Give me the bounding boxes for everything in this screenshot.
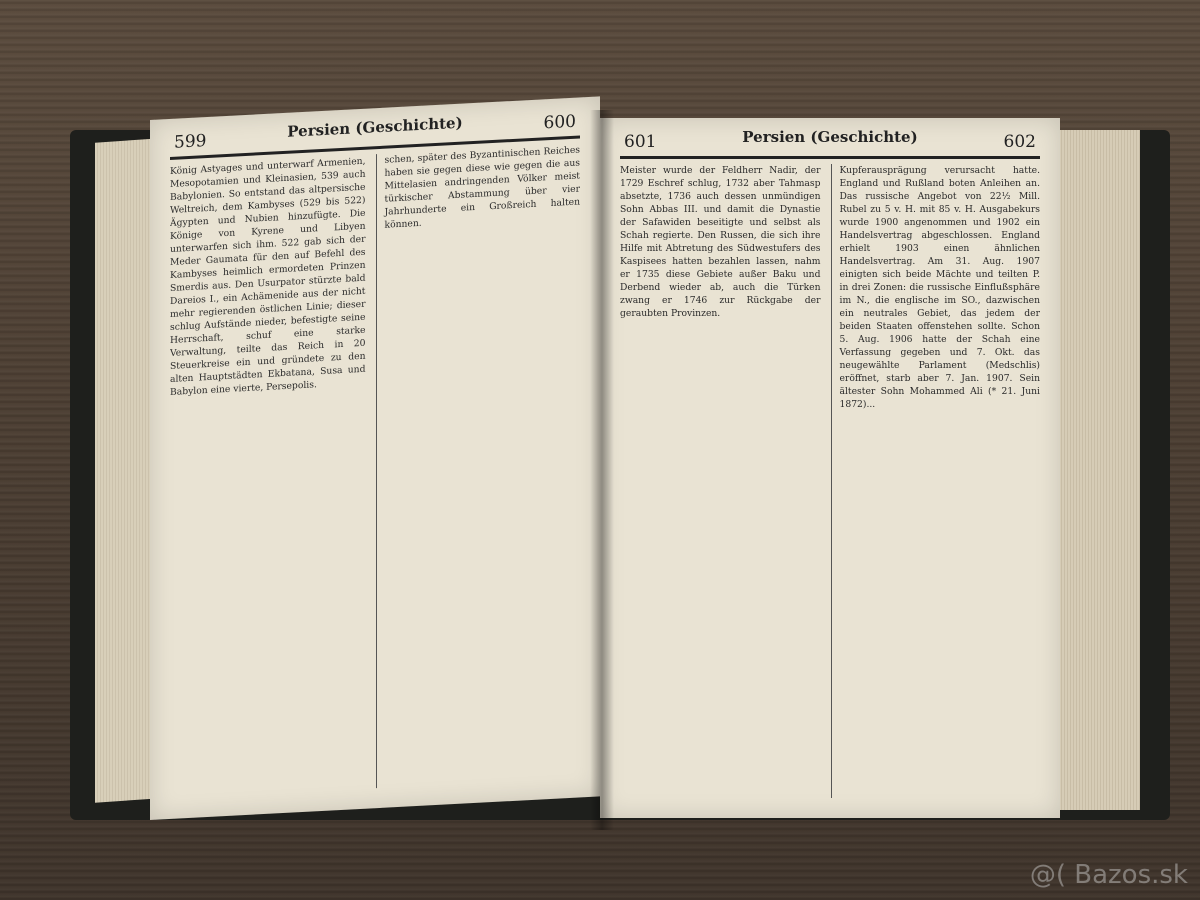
left-page: 599 Persien (Geschichte) 600 König Astya… bbox=[150, 96, 600, 820]
right-page: 601 Persien (Geschichte) 602 Meister wur… bbox=[600, 118, 1060, 818]
page-number: 600 bbox=[544, 112, 576, 134]
page-number: 602 bbox=[1004, 132, 1036, 152]
text-column: Kupferausprägung verursacht hatte. Engla… bbox=[831, 164, 1041, 798]
text-columns: König Astyages und unterwarf Armenien, M… bbox=[170, 143, 580, 798]
text-column: König Astyages und unterwarf Armenien, M… bbox=[170, 155, 366, 799]
page-header: 601 Persien (Geschichte) 602 bbox=[620, 128, 1040, 159]
running-title: Persien (Geschichte) bbox=[620, 128, 1040, 146]
text-column: schen, später des Byzantinischen Reiches… bbox=[376, 143, 581, 788]
text-column: Meister wurde der Feldherr Nadir, der 17… bbox=[620, 164, 821, 798]
watermark: @( Bazos.sk bbox=[1030, 860, 1188, 890]
text-columns: Meister wurde der Feldherr Nadir, der 17… bbox=[620, 164, 1040, 798]
page-edges-right bbox=[1050, 130, 1140, 810]
book-gutter bbox=[590, 110, 614, 830]
